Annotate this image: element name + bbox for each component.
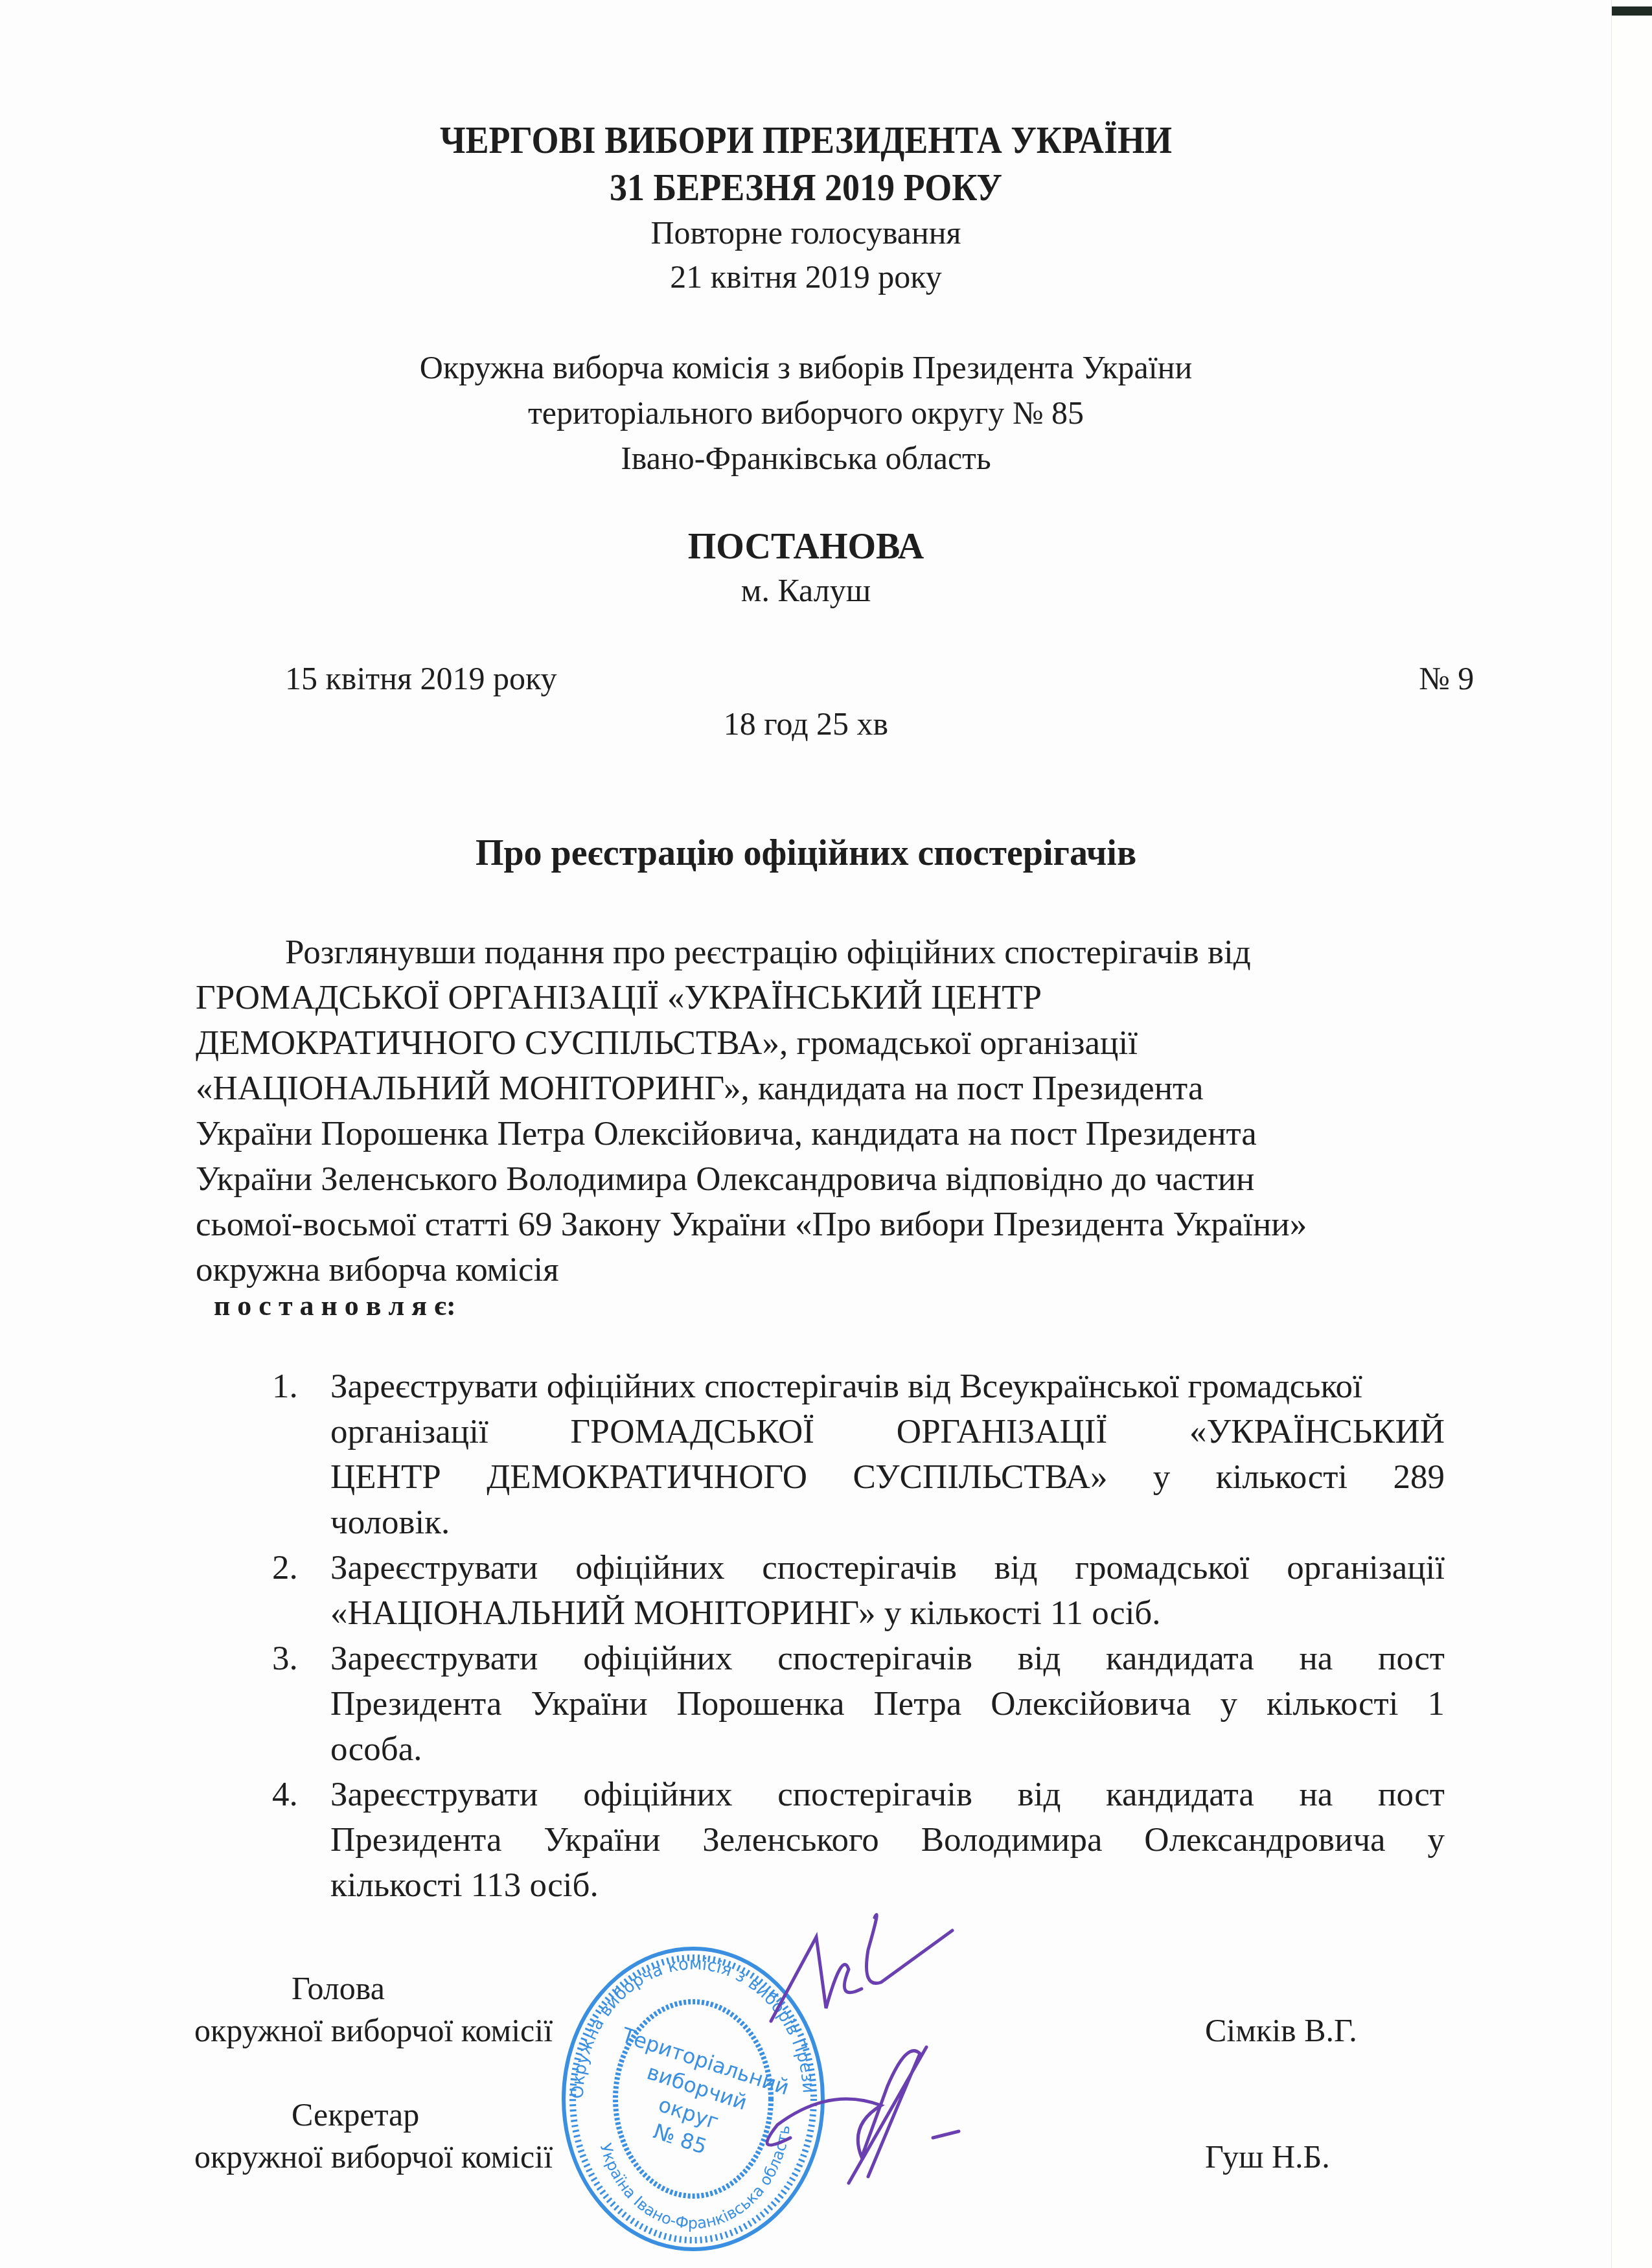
- item-line: особа.: [330, 1730, 1445, 1769]
- resolution-date: 15 квітня 2019 року: [285, 659, 556, 697]
- item-line: Президента України Порошенка Петра Олекс…: [330, 1684, 1445, 1723]
- secretary-signature: [751, 2028, 978, 2190]
- item-line: Зареєструвати офіційних спостерігачів ві…: [330, 1548, 1445, 1587]
- item-number: 4.: [272, 1775, 298, 1814]
- secretary-title: Секретар: [292, 2096, 419, 2133]
- secretary-name: Гуш Н.Б.: [1205, 2138, 1330, 2175]
- preamble-line: «НАЦІОНАЛЬНИЙ МОНІТОРИНГ», кандидата на …: [196, 1069, 1203, 1108]
- preamble-line: окружна виборча комісія: [196, 1250, 559, 1289]
- item-line: Зареєструвати офіційних спостерігачів ві…: [330, 1639, 1445, 1678]
- document-page: ЧЕРГОВІ ВИБОРИ ПРЕЗИДЕНТА УКРАЇНИ 31 БЕР…: [0, 0, 1612, 2268]
- chair-name: Сімків В.Г.: [1205, 2011, 1357, 2049]
- election-title: ЧЕРГОВІ ВИБОРИ ПРЕЗИДЕНТА УКРАЇНИ: [80, 118, 1531, 163]
- decides-label: п о с т а н о в л я є:: [214, 1289, 456, 1322]
- resolution-subject: Про реєстрацію офіційних спостерігачів: [0, 832, 1612, 874]
- item-line: організації ГРОМАДСЬКОЇ ОРГАНІЗАЦІЇ «УКР…: [330, 1412, 1445, 1451]
- item-line: «НАЦІОНАЛЬНИЙ МОНІТОРИНГ» у кількості 11…: [330, 1594, 1445, 1632]
- item-line: Зареєструвати офіційних спостерігачів ві…: [330, 1367, 1445, 1406]
- runoff-label: Повторне голосування: [0, 214, 1612, 251]
- commission-name: Окружна виборча комісія з виборів Презид…: [0, 349, 1612, 386]
- item-number: 1.: [272, 1367, 298, 1406]
- chair-signature: [764, 1911, 959, 2028]
- resolution-number: № 9: [1419, 659, 1474, 697]
- preamble-line: сьомої-восьмої статті 69 Закону України …: [196, 1205, 1307, 1244]
- preamble-line: України Порошенка Петра Олексійовича, ка…: [196, 1114, 1257, 1153]
- preamble-line: ГРОМАДСЬКОЇ ОРГАНІЗАЦІЇ «УКРАЇНСЬКИЙ ЦЕН…: [196, 978, 1042, 1017]
- resolution-type: ПОСТАНОВА: [0, 526, 1612, 567]
- preamble-line: Розглянувши подання про реєстрацію офіці…: [285, 933, 1251, 972]
- chair-title: Голова: [292, 1969, 385, 2007]
- runoff-date: 21 квітня 2019 року: [0, 258, 1612, 295]
- scan-edge: [1611, 0, 1652, 2268]
- item-line: ЦЕНТР ДЕМОКРАТИЧНОГО СУСПІЛЬСТВА» у кіль…: [330, 1458, 1445, 1496]
- scan-edge-bar: [1612, 6, 1652, 16]
- preamble-line: ДЕМОКРАТИЧНОГО СУСПІЛЬСТВА», громадської…: [196, 1024, 1138, 1062]
- resolution-place: м. Калуш: [0, 571, 1612, 609]
- item-line: Президента України Зеленського Володимир…: [330, 1820, 1445, 1859]
- item-line: кількості 113 осіб.: [330, 1866, 1445, 1905]
- item-line: чоловік.: [330, 1503, 1445, 1542]
- item-line: Зареєструвати офіційних спостерігачів ві…: [330, 1775, 1445, 1814]
- preamble-line: України Зеленського Володимира Олександр…: [196, 1160, 1255, 1198]
- commission-region: Івано-Франківська область: [0, 439, 1612, 477]
- election-date: 31 БЕРЕЗНЯ 2019 РОКУ: [80, 165, 1531, 210]
- chair-org: окружної виборчої комісії: [194, 2011, 553, 2049]
- resolution-time: 18 год 25 хв: [0, 705, 1612, 742]
- commission-district: територіального виборчого округу № 85: [0, 394, 1612, 431]
- secretary-org: окружної виборчої комісії: [194, 2138, 553, 2175]
- item-number: 2.: [272, 1548, 298, 1587]
- item-number: 3.: [272, 1639, 298, 1678]
